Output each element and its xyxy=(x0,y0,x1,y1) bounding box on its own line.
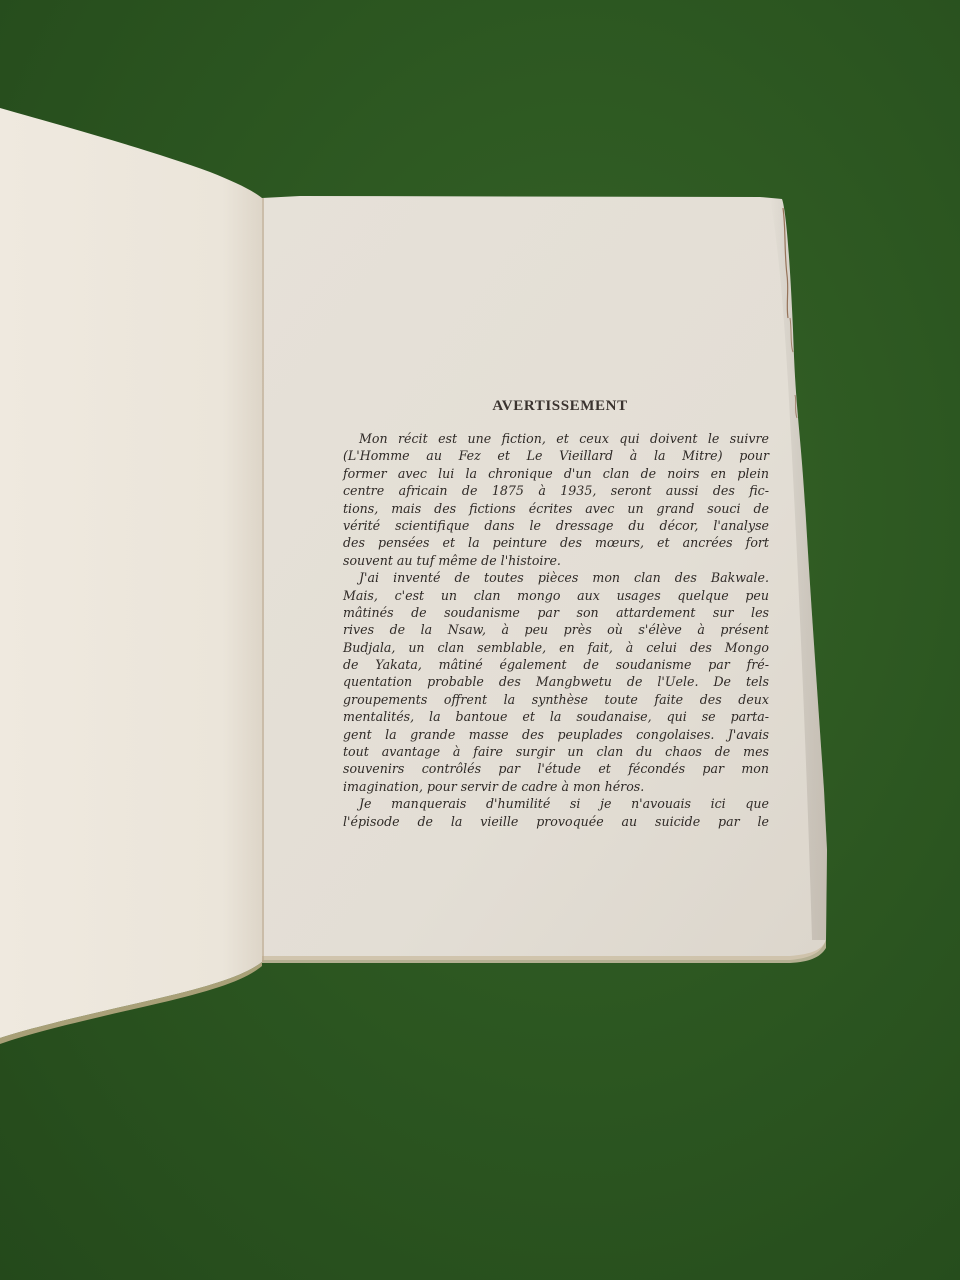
text-line: souvent au tuf même de l'histoire. xyxy=(343,552,769,569)
text-line: mâtinés de soudanisme par son attardemen… xyxy=(343,604,769,621)
text-line: imagination, pour servir de cadre à mon … xyxy=(343,778,769,795)
photo-scene: AVERTISSEMENT Mon récit est une fiction,… xyxy=(0,0,960,1280)
text-line: Je manquerais d'humilité si je n'avouais… xyxy=(343,795,769,812)
text-line: Budjala, un clan semblable, en fait, à c… xyxy=(343,639,769,656)
text-line: tout avantage à faire surgir un clan du … xyxy=(343,743,769,760)
text-line: Mais, c'est un clan mongo aux usages que… xyxy=(343,587,769,604)
text-line: rives de la Nsaw, à peu près où s'élève … xyxy=(343,621,769,638)
page-title: AVERTISSEMENT xyxy=(351,398,769,415)
text-line: J'ai inventé de toutes pièces mon clan d… xyxy=(343,569,769,586)
text-line: gent la grande masse des peuplades congo… xyxy=(343,726,769,743)
text-line: des pensées et la peinture des mœurs, et… xyxy=(343,534,769,551)
page-body: Mon récit est une fiction, et ceux qui d… xyxy=(343,430,769,830)
text-line: vérité scientifique dans le dressage du … xyxy=(343,517,769,534)
text-line: centre africain de 1875 à 1935, seront a… xyxy=(343,482,769,499)
text-line: souvenirs contrôlés par l'étude et fécon… xyxy=(343,760,769,777)
page-content: AVERTISSEMENT Mon récit est une fiction,… xyxy=(343,398,769,830)
text-line: quentation probable des Mangbwetu de l'U… xyxy=(343,673,769,690)
text-line: l'épisode de la vieille provoquée au sui… xyxy=(343,813,769,830)
text-line: former avec lui la chronique d'un clan d… xyxy=(343,465,769,482)
text-line: de Yakata, mâtiné également de soudanism… xyxy=(343,656,769,673)
left-page xyxy=(0,108,262,1044)
text-line: tions, mais des fictions écrites avec un… xyxy=(343,500,769,517)
text-line: (L'Homme au Fez et Le Vieillard à la Mit… xyxy=(343,447,769,464)
text-line: groupements offrent la synthèse toute fa… xyxy=(343,691,769,708)
text-line: mentalités, la bantoue et la soudanaise,… xyxy=(343,708,769,725)
text-line: Mon récit est une fiction, et ceux qui d… xyxy=(343,430,769,447)
